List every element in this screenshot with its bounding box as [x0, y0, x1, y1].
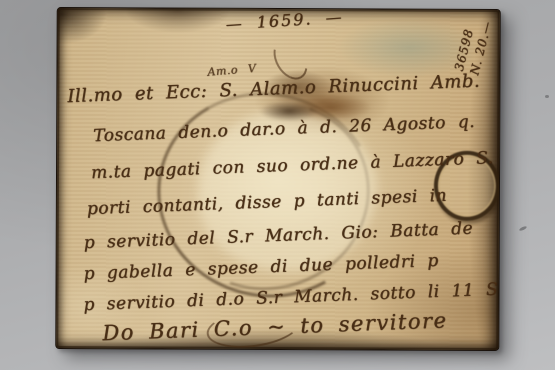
script-line: Toscana den.o dar.o à d. 26 Agosto q.: [93, 114, 475, 145]
script-line: p servitio del S.r March. Gio: Batta de: [83, 221, 473, 253]
photo-background: — 1659. — 36598 N. 20.— Am.o V Ill.mo et…: [0, 0, 555, 370]
script-line: Ill.mo et Ecc: S. Alam.o Rinuccini Amb.: [67, 73, 480, 106]
manuscript-card: — 1659. — 36598 N. 20.— Am.o V Ill.mo et…: [55, 7, 500, 351]
signature-line: Do Bari C.o ~ to servitore: [102, 310, 448, 344]
inventory-mark: 36598 N. 20.—: [451, 15, 496, 77]
year-heading: — 1659. —: [225, 9, 344, 33]
script-line: p gabella e spese di due polledri p: [83, 253, 439, 283]
superscript-note: Am.o V: [207, 63, 257, 78]
background-speck: [545, 95, 549, 98]
script-line: m.ta pagati con suo ord.ne à Lazzaro S.: [91, 150, 494, 182]
script-line: porti contanti, disse p tanti spesi in: [87, 188, 448, 219]
background-speck: [519, 225, 528, 231]
